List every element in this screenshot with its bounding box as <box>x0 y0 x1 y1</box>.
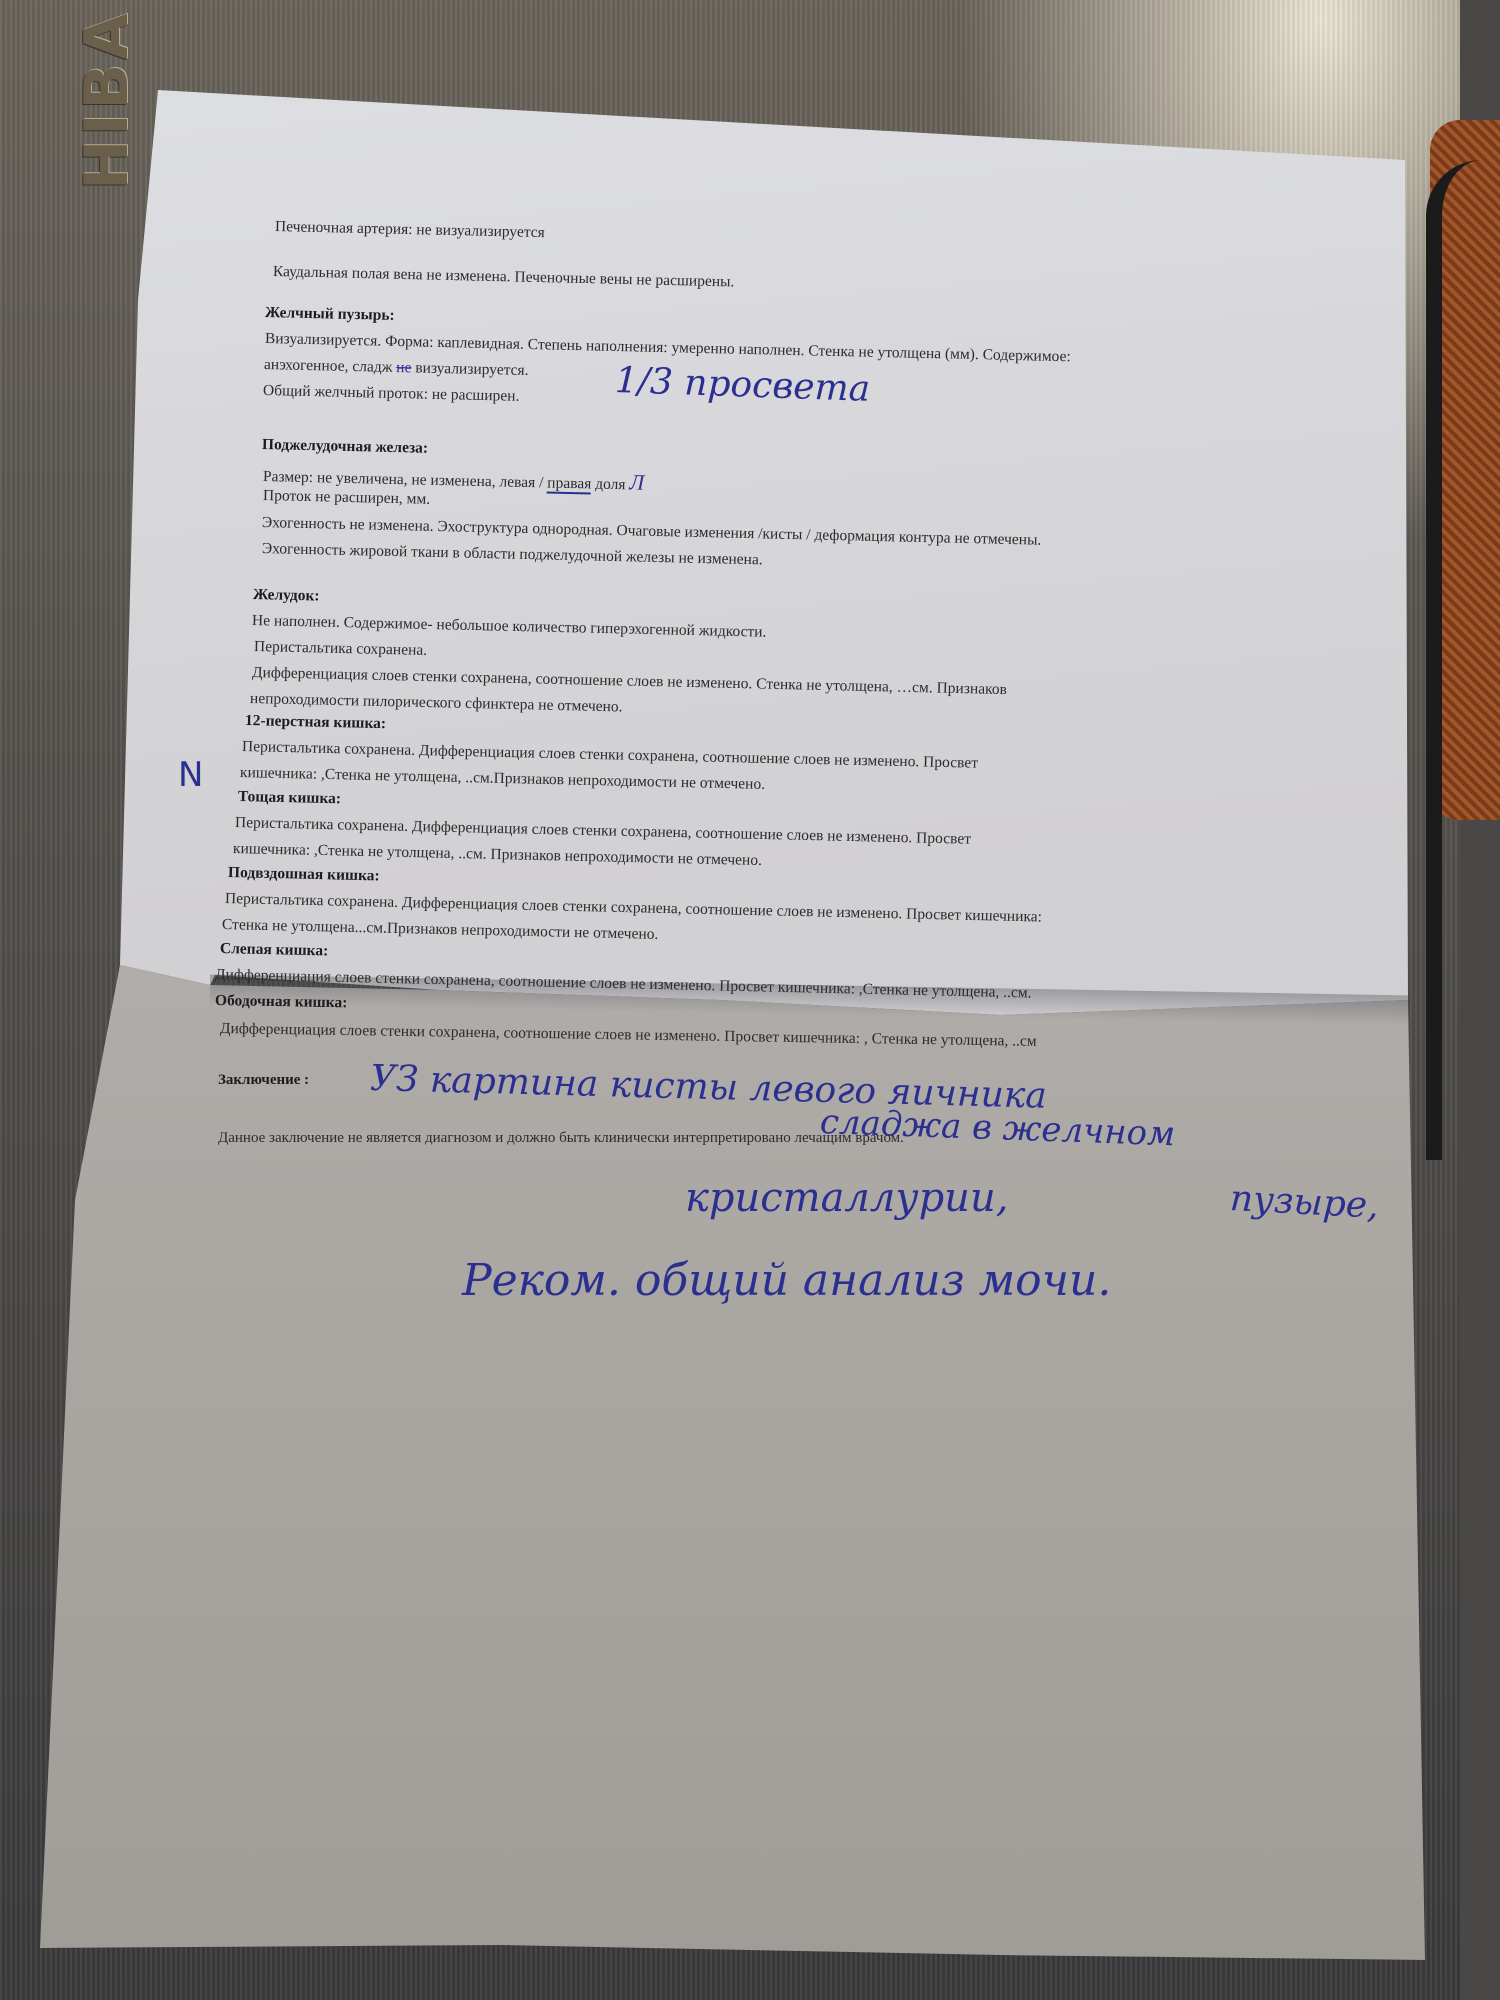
text-fragment: анэхогенное, сладж <box>264 356 393 376</box>
handwritten-recommendation: Реком. общий анализ мочи. <box>462 1255 1111 1306</box>
section-heading-ileum: Подвздошная кишка: <box>228 864 380 885</box>
text-line: Дифференциация слоев стенки сохранена, с… <box>220 1020 1037 1051</box>
section-heading-duodenum: 12-перстная кишка: <box>245 712 386 733</box>
section-heading-pancreas: Поджелудочная железа: <box>262 436 428 458</box>
disclaimer: Данное заключение не является диагнозом … <box>218 1130 904 1147</box>
ultrasound-report: Печеночная артерия: не визуализируется К… <box>0 0 1500 2000</box>
text-line: Каудальная полая вена не изменена. Печен… <box>273 263 735 291</box>
text-line: Эхогенность жировой ткани в области подж… <box>262 540 763 569</box>
section-heading-gallbladder: Желчный пузырь: <box>265 304 395 325</box>
section-heading-colon: Ободочная кишка: <box>215 992 348 1012</box>
section-heading-cecum: Слепая кишка: <box>220 940 329 960</box>
underlined-word: правая <box>547 474 591 494</box>
section-heading-jejunum: Тощая кишка: <box>238 788 341 808</box>
text-line: Перистальтика сохранена. <box>254 638 428 660</box>
text-fragment: доля <box>595 476 626 494</box>
text-line: анэхогенное, сладж не визуализируется. <box>264 356 529 380</box>
text-line: Не наполнен. Содержимое- небольшое колич… <box>252 612 767 642</box>
struck-word: не <box>396 359 412 376</box>
margin-mark-normal: N <box>178 755 203 795</box>
text-fragment: визуализируется. <box>415 359 529 379</box>
text-line: Печеночная артерия: не визуализируется <box>275 218 545 242</box>
handwritten-conclusion-line: кристаллурии, <box>685 1175 1008 1221</box>
section-heading-stomach: Желудок: <box>253 586 320 606</box>
handwritten-mark: Л <box>629 469 644 494</box>
text-line: Проток не расширен, мм. <box>263 487 431 509</box>
handwritten-note-lumen: 1/3 просвета <box>614 360 871 410</box>
handwritten-conclusion-line: пузыре, <box>1229 1178 1380 1227</box>
text-line: Общий желчный проток: не расширен. <box>263 382 520 406</box>
text-line: Стенка не утолщена...см.Признаков непрох… <box>222 916 659 944</box>
conclusion-label: Заключение : <box>218 1072 309 1089</box>
